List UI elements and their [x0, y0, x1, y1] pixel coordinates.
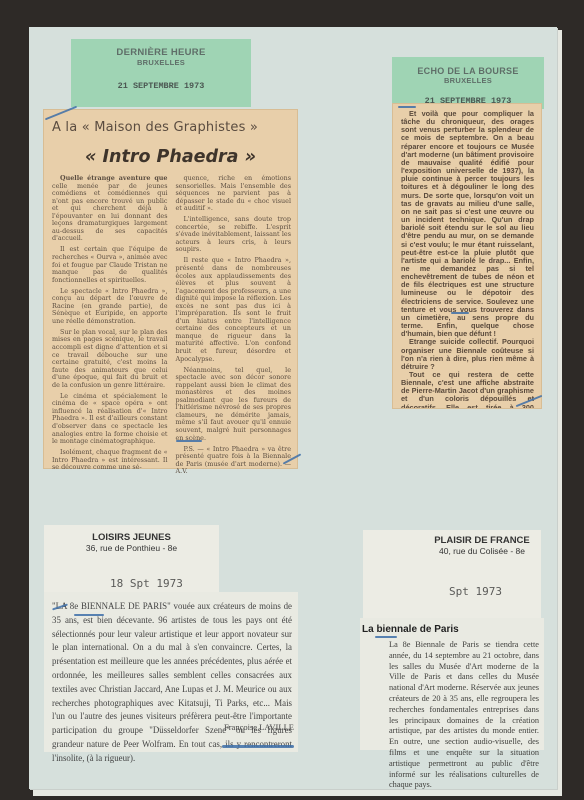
article-paragraph: Quelle étrange aventure que celle menée …: [52, 175, 168, 243]
stamp-city: BRUXELLES: [71, 58, 251, 67]
ink-mark: [176, 440, 202, 442]
article-paragraph: L'intelligence, sans doute trop concerté…: [176, 216, 292, 254]
article-paragraph: Et voilà que pour compliquer la tâche du…: [401, 110, 534, 338]
publication-address: 40, rue du Colisée - 8e: [363, 546, 541, 556]
article-body: La 8e Biennale de Paris se tiendra cette…: [389, 640, 539, 791]
ink-mark: [398, 106, 416, 108]
article-body: "LA 8e BIENNALE DE PARIS" vouée aux créa…: [44, 592, 298, 766]
derniere-heure-stamp: DERNIÈRE HEURE BRUXELLES 21 SEPTEMBRE 19…: [71, 39, 251, 107]
article-paragraph: quence, riche en émotions sensorielles. …: [176, 175, 292, 213]
article-paragraph: Le cinéma et spécialement le cinéma de «…: [52, 393, 168, 446]
ink-mark: [222, 745, 294, 748]
publication-address: 36, rue de Ponthieu - 8e: [44, 543, 219, 553]
stamp-paper-name: ECHO DE LA BOURSE: [392, 66, 544, 76]
article-column-1: Quelle étrange aventure que celle menée …: [52, 175, 168, 479]
article-paragraph: Etrange suicide collectif. Pourquoi orga…: [401, 338, 534, 371]
echo-bourse-stamp: ECHO DE LA BOURSE BRUXELLES 21 SEPTEMBRE…: [392, 57, 544, 109]
echo-bourse-clipping: Et voilà que pour compliquer la tâche du…: [393, 104, 541, 408]
article-paragraph: Le spectacle « Intro Phaedra », conçu au…: [52, 288, 168, 326]
ink-mark: [451, 312, 469, 314]
stamp-paper-name: DERNIÈRE HEURE: [71, 47, 251, 58]
stamp-city: BRUXELLES: [392, 76, 544, 85]
author-signature: Françoise LAVILLE: [224, 722, 294, 732]
clipping-date: Spt 1973: [449, 585, 502, 598]
article-paragraph: Tout ce qui restera de cette Biennale, c…: [401, 371, 534, 408]
article-body: Et voilà que pour compliquer la tâche du…: [393, 104, 541, 408]
ink-mark: [375, 636, 397, 638]
article-kicker: A la « Maison des Graphistes »: [44, 110, 297, 135]
clipping-date: 18 Spt 1973: [110, 577, 183, 590]
article-paragraph: P.S. — « Intro Phaedra » va être présent…: [176, 446, 292, 476]
loisirs-jeunes-clipping: "LA 8e BIENNALE DE PARIS" vouée aux créa…: [44, 592, 298, 752]
plaisir-de-france-header: PLAISIR DE FRANCE 40, rue du Colisée - 8…: [363, 530, 541, 620]
publication-name: PLAISIR DE FRANCE: [363, 535, 541, 546]
stamp-date: 21 SEPTEMBRE 1973: [71, 81, 251, 91]
article-headline: « Intro Phaedra »: [44, 147, 297, 167]
article-column-2: quence, riche en émotions sensorielles. …: [176, 175, 292, 479]
ink-mark: [74, 614, 104, 616]
article-paragraph: Isolément, chaque fragment de « Intro Ph…: [52, 449, 168, 472]
article-paragraph: Il reste que « Intro Phaedra », présenté…: [176, 257, 292, 363]
article-paragraph: Néanmoins, tel quel, le spectacle avec s…: [176, 367, 292, 442]
article-title: La biennale de Paris: [362, 624, 459, 635]
publication-name: LOISIRS JEUNES: [44, 532, 219, 543]
article-paragraph: Il est certain que l'équipe de recherche…: [52, 246, 168, 284]
intro-phaedra-clipping: A la « Maison des Graphistes » « Intro P…: [44, 110, 297, 468]
article-paragraph: Sur le plan vocal, sur le plan des mises…: [52, 329, 168, 389]
